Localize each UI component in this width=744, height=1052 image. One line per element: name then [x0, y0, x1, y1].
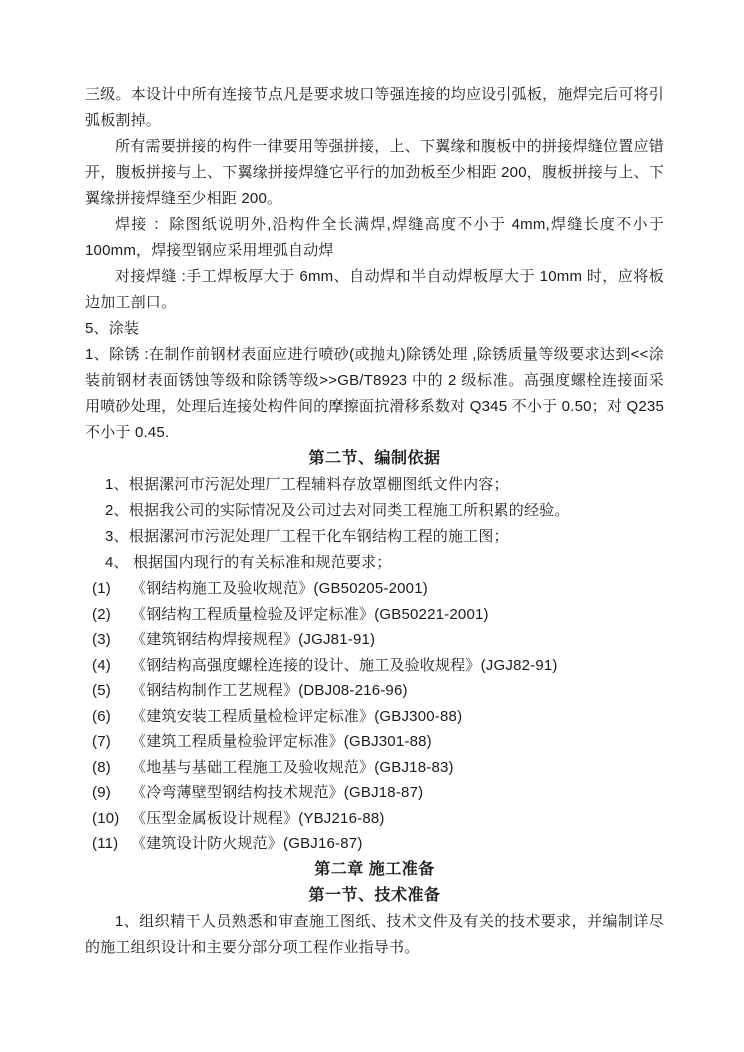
reference-number: (6)	[85, 704, 131, 730]
reference-title: 《钢结构制作工艺规程》(DBJ08-216-96)	[131, 678, 664, 704]
reference-number: (9)	[85, 780, 131, 806]
reference-item-11: (11) 《建筑设计防火规范》(GBJ16-87)	[85, 831, 664, 857]
reference-item-1: (1) 《钢结构施工及验收规范》(GB50205-2001)	[85, 576, 664, 602]
reference-number: (1)	[85, 576, 131, 602]
reference-title: 《压型金属板设计规程》(YBJ216-88)	[131, 806, 664, 832]
reference-item-2: (2) 《钢结构工程质量检验及评定标准》(GB50221-2001)	[85, 602, 664, 628]
reference-title: 《建筑工程质量检验评定标准》(GBJ301-88)	[131, 729, 664, 755]
reference-number: (7)	[85, 729, 131, 755]
section-heading-technical-preparation: 第一节、技术准备	[85, 883, 664, 909]
reference-title: 《钢结构高强度螺栓连接的设计、施工及验收规程》(JGJ82-91)	[131, 653, 664, 679]
reference-title: 《建筑设计防火规范》(GBJ16-87)	[131, 831, 664, 857]
reference-item-3: (3) 《建筑钢结构焊接规程》(JGJ81-91)	[85, 627, 664, 653]
paragraph-splicing-requirements: 所有需要拼接的构件一律要用等强拼接，上、下翼缘和腹板中的拼接焊缝位置应错开，腹板…	[85, 134, 664, 212]
paragraph-coating-heading: 5、涂装	[85, 316, 664, 342]
reference-number: (8)	[85, 755, 131, 781]
reference-title: 《钢结构施工及验收规范》(GB50205-2001)	[131, 576, 664, 602]
reference-title: 《建筑钢结构焊接规程》(JGJ81-91)	[131, 627, 664, 653]
paragraph-technical-preparation-1: 1、组织精干人员熟悉和审查施工图纸、技术文件及有关的技术要求，并编制详尽的施工组…	[85, 909, 664, 961]
paragraph-arc-strike-plate: 三级。本设计中所有连接节点凡是要求坡口等强连接的均应设引弧板，施焊完后可将引弧板…	[85, 82, 664, 134]
reference-number: (4)	[85, 653, 131, 679]
reference-title: 《建筑安装工程质量检检评定标准》(GBJ300-88)	[131, 704, 664, 730]
basis-item-1: 1、根据漯河市污泥处理厂工程辅料存放罩棚图纸文件内容；	[85, 472, 664, 498]
chapter-heading-construction-preparation: 第二章 施工准备	[85, 857, 664, 883]
reference-title: 《冷弯薄壁型钢结构技术规范》(GBJ18-87)	[131, 780, 664, 806]
reference-title: 《钢结构工程质量检验及评定标准》(GB50221-2001)	[131, 602, 664, 628]
reference-item-9: (9) 《冷弯薄壁型钢结构技术规范》(GBJ18-87)	[85, 780, 664, 806]
reference-number: (10)	[85, 806, 131, 832]
reference-item-4: (4) 《钢结构高强度螺栓连接的设计、施工及验收规程》(JGJ82-91)	[85, 653, 664, 679]
reference-item-8: (8) 《地基与基础工程施工及验收规范》(GBJ18-83)	[85, 755, 664, 781]
reference-number: (3)	[85, 627, 131, 653]
basis-item-4: 4、 根据国内现行的有关标准和规范要求；	[85, 550, 664, 576]
reference-item-5: (5) 《钢结构制作工艺规程》(DBJ08-216-96)	[85, 678, 664, 704]
reference-title: 《地基与基础工程施工及验收规范》(GBJ18-83)	[131, 755, 664, 781]
reference-number: (2)	[85, 602, 131, 628]
reference-item-7: (7) 《建筑工程质量检验评定标准》(GBJ301-88)	[85, 729, 664, 755]
section-heading-compilation-basis: 第二节、编制依据	[85, 446, 664, 472]
paragraph-rust-removal: 1、除锈 :在制作前钢材表面应进行喷砂(或抛丸)除锈处理 ,除锈质量等级要求达到…	[85, 342, 664, 446]
reference-number: (5)	[85, 678, 131, 704]
paragraph-butt-weld: 对接焊缝 :手工焊板厚大于 6mm、自动焊和半自动焊板厚大于 10mm 时，应将…	[85, 264, 664, 316]
reference-item-10: (10) 《压型金属板设计规程》(YBJ216-88)	[85, 806, 664, 832]
reference-number: (11)	[85, 831, 131, 857]
reference-item-6: (6) 《建筑安装工程质量检检评定标准》(GBJ300-88)	[85, 704, 664, 730]
document-page: 三级。本设计中所有连接节点凡是要求坡口等强连接的均应设引弧板，施焊完后可将引弧板…	[0, 0, 744, 1052]
paragraph-welding-requirements: 焊接 ：除图纸说明外,沿构件全长满焊,焊缝高度不小于 4mm,焊缝长度不小于 1…	[85, 212, 664, 264]
basis-item-3: 3、根据漯河市污泥处理厂工程干化车钢结构工程的施工图；	[85, 524, 664, 550]
basis-item-2: 2、根据我公司的实际情况及公司过去对同类工程施工所积累的经验。	[85, 498, 664, 524]
